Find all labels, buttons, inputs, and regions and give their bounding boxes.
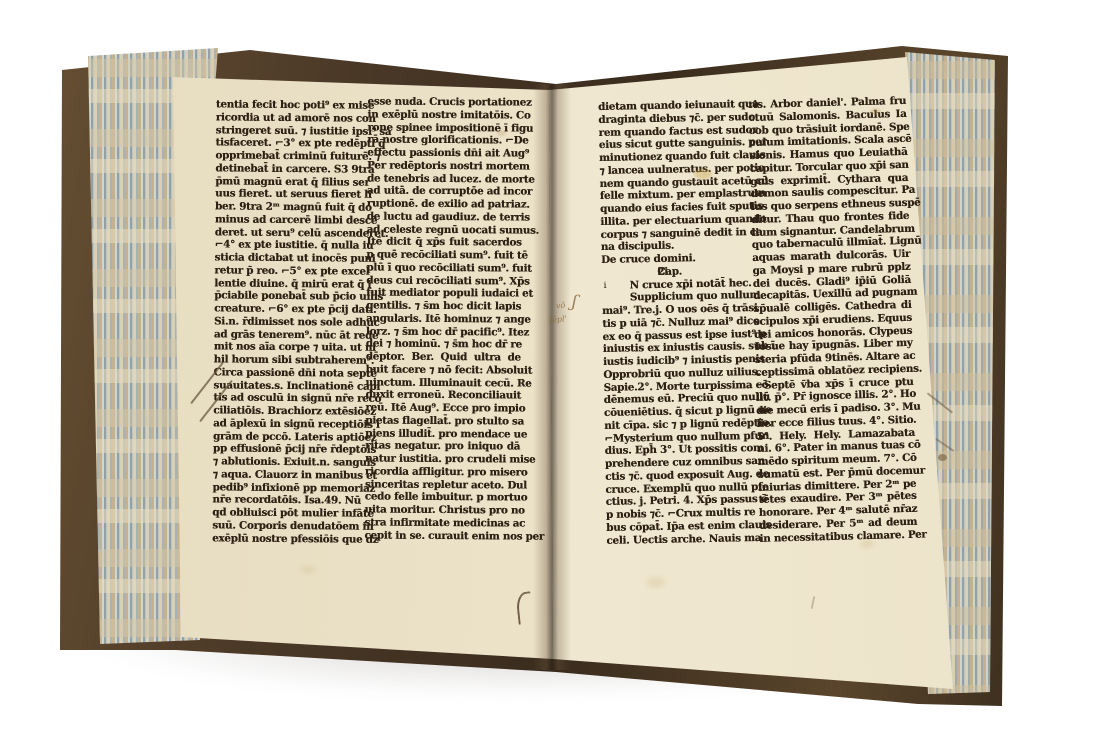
- text-line: suauitates.s. Inclinationē capi: [213, 379, 359, 393]
- text-line: gentilis. ⁊ s̄m hoc dicit lapis: [366, 299, 521, 313]
- text-line: Circa passionē dn̄i nota septē: [214, 366, 360, 380]
- text-line: creature. ⌐6° ex pte p̄cij dati.: [214, 302, 360, 316]
- text-line: nr̄e recordatōis. Isa.49. Nū: [212, 494, 358, 508]
- text-line: buit facere ⁊ nō fecit: Absoluit: [366, 363, 521, 377]
- text-line: esse nuda. Crucis portationez: [367, 95, 522, 109]
- text-line: in exēplū nostre imitatōis. Co: [367, 108, 522, 122]
- text-line: ad grās tenerem⁹. nūc āt rede: [214, 328, 360, 342]
- manuscript-gloss: vō: [556, 301, 566, 311]
- text-line: ⌐4° ex pte iustitie. q̄ nulla iu: [215, 239, 361, 253]
- text-line: stra infirmitate medicinas ac: [365, 516, 520, 530]
- text-line: angularis. Itē hominuz ⁊ ange: [366, 312, 521, 326]
- book-photograph: tentia fecit hoc poti⁹ ex misericordia u…: [0, 0, 1100, 733]
- text-line: pedib⁹ infixionē pp memoriaz: [213, 481, 359, 495]
- text-line: exēplū nostre pfessiōis que dz: [212, 532, 358, 546]
- paragraph-block: dietam quando ieiunauit quadraginta dieb…: [598, 98, 750, 254]
- foxing-spot: [300, 565, 316, 574]
- text-line: sticia dictabat ut inocēs puni: [215, 251, 361, 265]
- text-line: effectu passionis dn̄i ait Aug⁹: [367, 146, 522, 160]
- text-line: p̄ciabile ponebat̄ sub p̄cio uilis: [214, 290, 360, 304]
- foxing-spot: [860, 540, 874, 548]
- text-line: ⁊ ablutionis. Exiuit.n. sanguis: [213, 455, 359, 469]
- foxing-spot: [646, 577, 666, 588]
- chapter-number: 2i.: [657, 265, 671, 278]
- text-line: duxit erroneū. Reconciliauit: [365, 389, 520, 403]
- text-line: uus fieret. ut seruus fieret li: [215, 188, 361, 202]
- text-line: pp effusionē p̄cij nr̄e r̄deptōis: [213, 443, 359, 457]
- text-line: p quē recōciliati sum⁹. fuit tē: [366, 248, 521, 262]
- text-line: lorz. ⁊ s̄m hoc dr̄ pacific⁹. Itez: [366, 325, 521, 339]
- foxing-spot: [870, 108, 881, 115]
- paragraph-block: N cruce xp̄i notāt̄ hec.Supplicium quo n…: [601, 277, 755, 548]
- foxing-spot: [497, 130, 506, 136]
- text-line: de tenebris ad lucez. de morte: [367, 172, 522, 186]
- ink-blot: [938, 454, 947, 461]
- text-line: cepit in se. curauit enim nos per: [364, 529, 519, 543]
- text-line: dēptor. Ber. Quid ultra de: [366, 350, 521, 364]
- text-line: fuit mediator populi iudaici et: [366, 287, 521, 301]
- manuscript-gloss: tēpl': [549, 314, 568, 325]
- text-line: ciliatiōis. Brachiorz extēsiōez: [213, 404, 359, 418]
- text-line: deret. ut seru⁹ celū ascenderet.: [215, 226, 361, 240]
- text-line: sinceritas repletur aceto. Dul: [365, 478, 520, 492]
- text-line: p̄mū magnū erat q̄ filius ser: [215, 175, 361, 189]
- gutter-shadow: [533, 84, 571, 670]
- text-line: ad uitā. de corruptōe ad incor: [367, 185, 522, 199]
- text-line: grām de pccō. Lateris aptiōez: [213, 430, 359, 444]
- text-line: natur iustitia. pro crudeli mise: [365, 452, 520, 466]
- text-line: ruptionē. de exilio ad patriaz.: [367, 197, 522, 211]
- text-line: mit nos aīa corpe ⁊ uita. ut ni: [214, 341, 360, 355]
- text-line: opprimebat̄ criminū fuiturē. ⁊: [215, 149, 361, 163]
- text-line: Si.n. r̄dimisset nos sole adhuc: [214, 315, 360, 329]
- text-line: Per redēptoris nostri mortem: [367, 159, 522, 173]
- text-line: cedo felle imbuitur. p mortuo: [365, 491, 520, 505]
- text-line: uita moritur. Christus pro no: [365, 503, 520, 517]
- text-line: stringeret suū. ⁊ iustitie ipsi⁹ sa: [216, 124, 362, 138]
- text-line: minus ad carcerē limbi descē: [215, 213, 361, 227]
- text-line: pietas flagellat̄. pro stulto sa: [365, 414, 520, 428]
- text-line: piens illudit̄. pro mendace ue: [365, 427, 520, 441]
- text-line: hil horum sibi subtraherem⁹.: [214, 353, 360, 367]
- text-line: plū ī quo recōciliati sum⁹. fuit: [366, 261, 521, 275]
- text-line: retur p̄ reo. ⌐5° ex pte excel: [214, 264, 360, 278]
- text-line: tentia fecit hoc poti⁹ ex mise: [216, 98, 362, 112]
- left-page-column-2: esse nuda. Crucis portationezin exēplū n…: [364, 95, 522, 542]
- text-line: suū. Corporis denudatōem in: [212, 519, 358, 533]
- text-line: ad celeste regnū uocati sumus.: [367, 223, 522, 237]
- right-page-column-2: ris. Arbor daniel'. Palma fructuū Salomo…: [748, 95, 918, 545]
- right-page-column-1: dietam quando ieiunauit quadraginta dieb…: [598, 98, 756, 547]
- text-line: reū. Itē Aug⁹. Ecce pro impio: [365, 401, 520, 415]
- left-page-column-1: tentia fecit hoc poti⁹ ex misericordia u…: [212, 98, 362, 546]
- text-line: ricordia affligitur. pro misero: [365, 465, 520, 479]
- text-line: ber. 9tra 2ᵐ magnū fuit q̄ do: [215, 200, 361, 214]
- guide-letter: i: [603, 281, 606, 291]
- text-line: ad āplexū in signū receptiōis ī: [213, 417, 359, 431]
- text-line: ⁊ aqua. Clauorz in manibus et: [213, 468, 359, 482]
- text-line: deus cui recōciliati sum⁹. Xp̄s: [366, 274, 521, 288]
- text-line: de luctu ad gaudiuz. de terris: [367, 210, 522, 224]
- text-line: Itē dicit q̄ xp̄s fuit sacerdos: [366, 236, 521, 250]
- text-line: ricordia ut ad amorē nos con: [216, 111, 362, 125]
- text-line: detinebat̄ in carcere. S3 9tra: [215, 162, 361, 176]
- pen-hook-mark: [515, 591, 533, 624]
- foxing-spot: [694, 169, 712, 179]
- text-line: uinctum. Illuminauit cecū. Re: [366, 376, 521, 390]
- text-line: qd obliuisci pōt mulier infātē: [212, 506, 358, 520]
- text-line: dei ⁊ hominū. ⁊ s̄m hoc dr̄ re: [366, 338, 521, 352]
- text-line: ritas negatur. pro iniquo dā: [365, 440, 520, 454]
- text-line: tisfaceret. ⌐3° ex pte redēpti q̄: [216, 137, 362, 151]
- text-line: tis ad osculū in signū nr̄e recō: [213, 392, 359, 406]
